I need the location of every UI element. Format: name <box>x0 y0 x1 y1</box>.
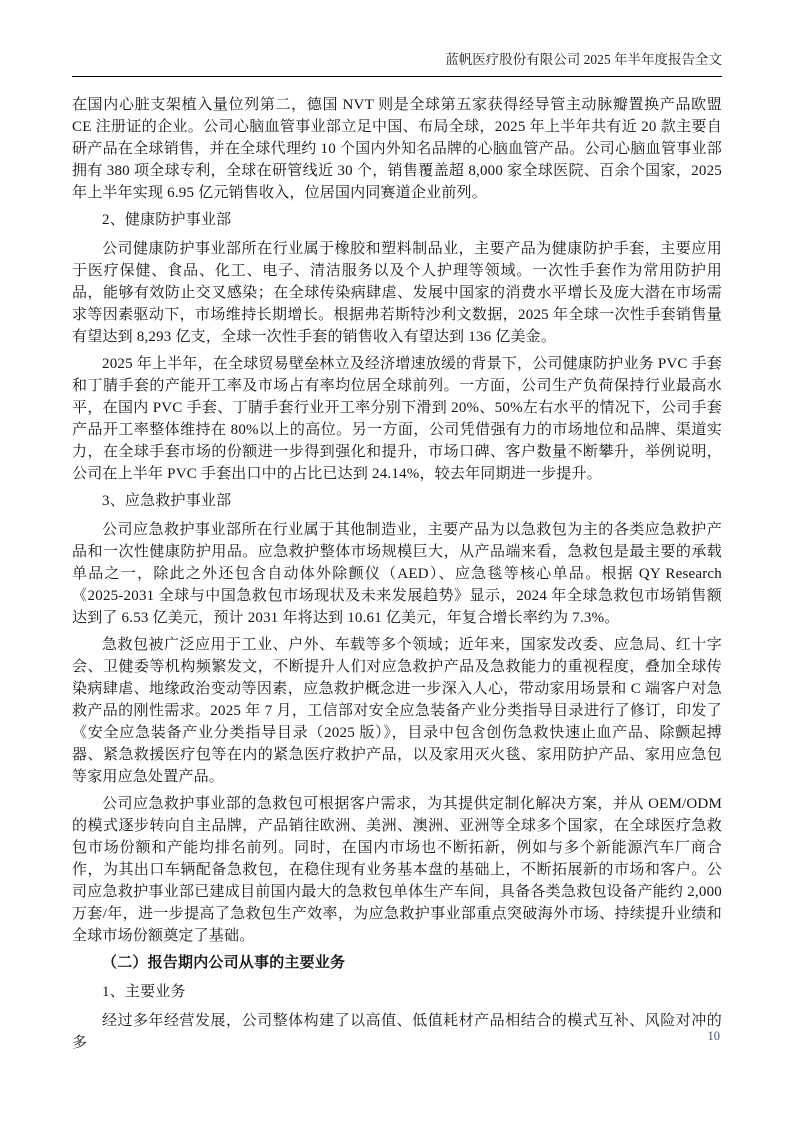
paragraph-cardio-business-continuation: 在国内心脏支架植入量位列第二，德国 NVT 则是全球第五家获得经导管主动脉瓣置换… <box>72 94 722 204</box>
report-page: 蓝帆医疗股份有限公司 2025 年半年度报告全文 在国内心脏支架植入量位列第二，… <box>0 0 794 1123</box>
page-footer: 10 <box>708 1029 721 1043</box>
page-number: 10 <box>708 1029 721 1043</box>
document-body: 在国内心脏支架植入量位列第二，德国 NVT 则是全球第五家获得经导管主动脉瓣置换… <box>72 94 722 1059</box>
paragraph-first-aid-kit-demand: 急救包被广泛应用于工业、户外、车载等多个领域；近年来，国家发改委、应急局、红十字… <box>72 634 722 788</box>
report-title: 蓝帆医疗股份有限公司 2025 年半年度报告全文 <box>445 52 722 67</box>
paragraph-health-protection-h1-2025: 2025 年上半年，在全球贸易壁垒林立及经济增速放缓的背景下，公司健康防护业务 … <box>72 353 722 485</box>
section-heading-health-protection: 2、健康防护事业部 <box>72 209 722 231</box>
page-header: 蓝帆医疗股份有限公司 2025 年半年度报告全文 <box>72 50 722 77</box>
paragraph-emergency-rescue-industry: 公司应急救护事业部所在行业属于其他制造业，主要产品为以急救包为主的各类应急救护产… <box>72 519 722 629</box>
subsection-heading-main-business: 1、主要业务 <box>72 981 722 1003</box>
section-heading-main-business-report-period: （二）报告期内公司从事的主要业务 <box>72 952 722 974</box>
section-heading-emergency-rescue: 3、应急救护事业部 <box>72 490 722 512</box>
paragraph-main-business-intro: 经过多年经营发展，公司整体构建了以高值、低值耗材产品相结合的模式互补、风险对冲的… <box>72 1010 722 1054</box>
paragraph-emergency-rescue-business: 公司应急救护事业部的急救包可根据客户需求，为其提供定制化解决方案，并从 OEM/… <box>72 793 722 947</box>
paragraph-health-protection-industry: 公司健康防护事业部所在行业属于橡胶和塑料制品业，主要产品为健康防护手套，主要应用… <box>72 238 722 348</box>
